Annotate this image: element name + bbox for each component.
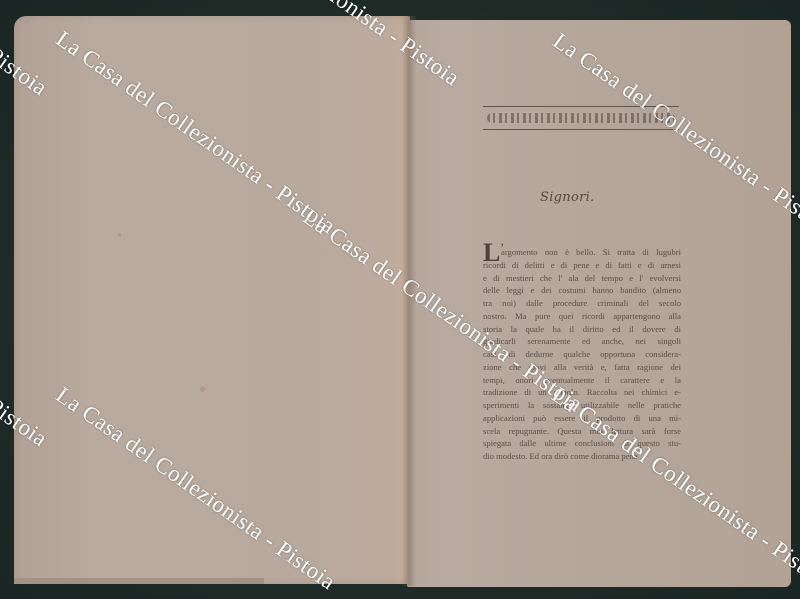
text-line: nostro. Ma pure quei ricordi appartengon… bbox=[483, 310, 681, 323]
text-line: tra noi) dalle procedure criminali del s… bbox=[483, 297, 681, 310]
paper-stain bbox=[118, 233, 121, 237]
left-page-edge bbox=[14, 578, 264, 584]
text-line: argomento non è bello. Si tratta di lugu… bbox=[483, 246, 681, 259]
paper-stain bbox=[200, 386, 205, 392]
photo-background: Signori. L ’ argomento non è bello. Si t… bbox=[0, 0, 800, 599]
text-line: ricordi di delitti e di pene e di fatti … bbox=[483, 259, 681, 272]
text-line: e di mestieri che l' ala del tempo e l' … bbox=[483, 272, 681, 285]
text-line: delle leggi e dei costumi hanno bandito … bbox=[483, 284, 681, 297]
text-line: storia la quale ha il diritto ed il dove… bbox=[483, 323, 681, 336]
salutation-heading: Signori. bbox=[540, 190, 620, 205]
